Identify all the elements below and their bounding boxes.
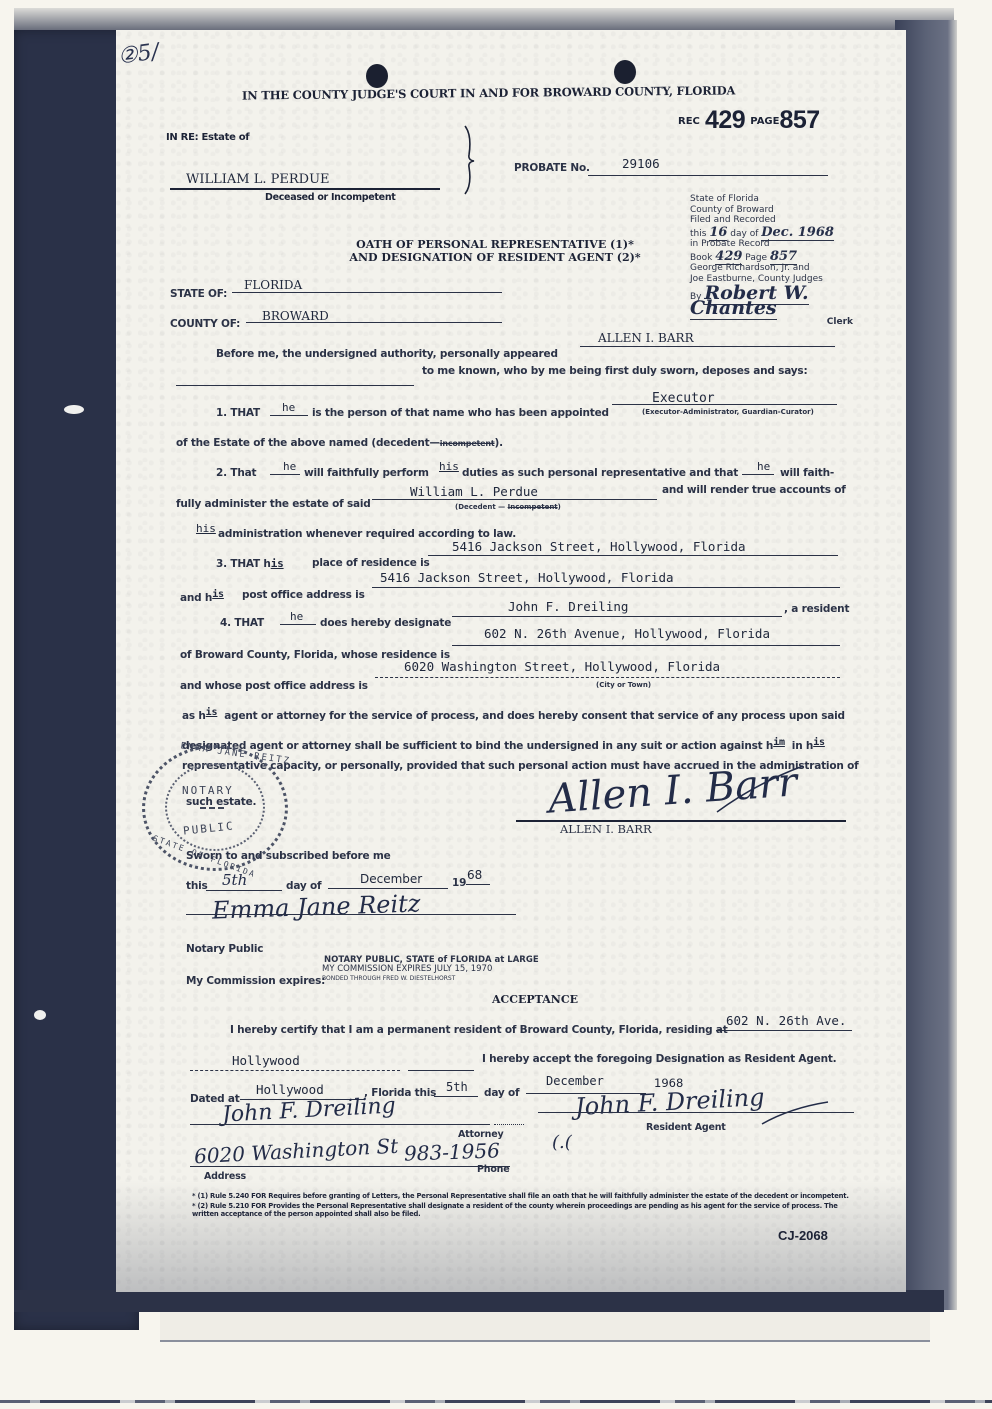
filing-month-year: Dec. 1968 bbox=[761, 225, 834, 241]
punch-hole-icon bbox=[366, 64, 388, 88]
appearance-text: Before me, the undersigned authority, pe… bbox=[216, 348, 558, 360]
punch-hole-icon bbox=[614, 60, 636, 84]
clause3-line2-pronoun: is bbox=[212, 589, 224, 600]
signature-flourish-icon bbox=[715, 764, 805, 814]
clause4-line5-pronoun: im bbox=[773, 737, 785, 748]
acceptance-city-line bbox=[190, 1070, 400, 1071]
clause2-text-b: duties as such personal representative a… bbox=[462, 467, 738, 479]
clause4-line3: and whose post office address is bbox=[180, 680, 368, 692]
clause3-line2-text: post office address is bbox=[242, 589, 365, 601]
jurat-day: 5th bbox=[222, 871, 247, 889]
clause2-pronoun-line bbox=[270, 474, 300, 475]
jurat-line1: Sworn to and subscribed before me bbox=[186, 850, 391, 862]
notary-stamp-line2: MY COMMISSION EXPIRES JULY 15, 1970 bbox=[322, 965, 539, 974]
residence-address: 5416 Jackson Street, Hollywood, Florida bbox=[452, 539, 746, 554]
attorney-signature-line bbox=[190, 1124, 490, 1125]
post-office-line bbox=[372, 587, 840, 588]
clause4-line5-b: in h bbox=[792, 740, 813, 752]
jurat-this-label: this bbox=[186, 880, 208, 892]
clause2-possessive: his bbox=[439, 460, 459, 473]
jurat-day-of-label: day of bbox=[286, 880, 321, 892]
clause4-prefix: 4. THAT bbox=[220, 617, 264, 629]
county-of-label: COUNTY OF: bbox=[170, 318, 240, 330]
decedent-name: William L. Perdue bbox=[410, 484, 538, 499]
estate-caption: Deceased or Incompetent bbox=[265, 192, 396, 203]
clause3-prefix-text: 3. THAT h bbox=[216, 558, 271, 570]
heading-line-1: OATH OF PERSONAL REPRESENTATIVE (1)* bbox=[330, 238, 660, 251]
acceptance-text1: I hereby certify that I am a permanent r… bbox=[230, 1024, 728, 1036]
state-of-label: STATE OF: bbox=[170, 288, 227, 300]
brace-icon bbox=[462, 125, 478, 195]
resident-label: , a resident bbox=[784, 603, 849, 615]
filing-stamp: State of Florida County of Broward Filed… bbox=[690, 194, 875, 328]
jurat-year: 68 bbox=[467, 868, 482, 882]
clause3-line2-text: and h bbox=[180, 592, 212, 604]
form-code: CJ-2068 bbox=[778, 1228, 828, 1243]
clause2-pronoun2-line bbox=[742, 474, 774, 475]
acceptance-day: 5th bbox=[446, 1080, 468, 1094]
clause4-line5-a: designated agent or attorney shall be su… bbox=[182, 740, 773, 752]
handwritten-phone: 983-1956 bbox=[404, 1138, 501, 1165]
jurat-month-line bbox=[328, 888, 448, 889]
record-book-number: 429 bbox=[705, 106, 745, 134]
clause1-text: is the person of that name who has been … bbox=[312, 407, 609, 419]
record-book-stamp: REC 429 PAGE857 bbox=[678, 106, 820, 135]
seal-divider bbox=[200, 807, 224, 809]
designated-agent: John F. Dreiling bbox=[508, 599, 628, 614]
resident-agent-label: Resident Agent bbox=[646, 1122, 726, 1133]
state-of-line bbox=[232, 292, 502, 293]
footnote-1: * (1) Rule 5.240 FOR Requires before gra… bbox=[192, 1192, 857, 1201]
decedent-caption: (Decedent — Incompetent) bbox=[455, 503, 561, 511]
filing-officials: George Richardson, Jr. and bbox=[690, 263, 875, 274]
role-caption: (Executor-Administrator, Guardian-Curato… bbox=[642, 408, 814, 416]
attorney-dots bbox=[494, 1124, 524, 1125]
filing-book-label: Book bbox=[690, 253, 712, 263]
scan-bottom-line bbox=[0, 1400, 992, 1403]
acceptance-city: Hollywood bbox=[232, 1053, 300, 1068]
filing-stamp-line: Filed and Recorded bbox=[690, 215, 875, 226]
clause2-text-c: will faith- bbox=[780, 467, 834, 479]
clause4-line4: as his agent or attorney for the service… bbox=[182, 707, 845, 722]
clause2-line2-prefix: fully administer the estate of said bbox=[176, 498, 371, 510]
city-caption: (City or Town) bbox=[596, 681, 651, 689]
state-of-value: FLORIDA bbox=[244, 278, 302, 292]
clerk-signature: Robert W. Chantes bbox=[690, 282, 809, 320]
clause3-text: place of residence is bbox=[312, 557, 430, 569]
clause1-pronoun-line bbox=[270, 415, 308, 416]
clause4-line4-a: as h bbox=[182, 710, 206, 722]
clause2-line3-possessive: his bbox=[196, 522, 216, 535]
clause2-line2-suffix: and will render true accounts of bbox=[662, 484, 846, 496]
appearance-continuation: to me known, who by me being first duly … bbox=[422, 365, 807, 377]
appeared-person: ALLEN I. BARR bbox=[598, 331, 694, 345]
county-of-value: BROWARD bbox=[262, 309, 329, 323]
filing-record-label: in Probate Record bbox=[690, 239, 875, 250]
filing-this-label: this bbox=[690, 229, 706, 239]
phone-label: Phone bbox=[477, 1164, 509, 1175]
address-label: Address bbox=[204, 1171, 246, 1182]
scan-speck bbox=[34, 1010, 46, 1020]
resident-agent-signature-line bbox=[538, 1112, 854, 1113]
acceptance-title: ACCEPTANCE bbox=[460, 993, 610, 1006]
handwritten-mark: (.( bbox=[552, 1132, 572, 1153]
agent-post-office-line bbox=[375, 677, 840, 678]
clause4-pronoun: he bbox=[290, 610, 303, 623]
clause4-line5-pronoun2: is bbox=[813, 737, 825, 748]
clause1-line2: of the Estate of the above named (decede… bbox=[176, 437, 503, 449]
heading-line-2: AND DESIGNATION OF RESIDENT AGENT (2)* bbox=[330, 251, 660, 264]
clause2-text-a: will faithfully perform bbox=[304, 467, 429, 479]
clause4-line4-pronoun: is bbox=[206, 707, 218, 718]
decedent-caption-text: (Decedent — bbox=[455, 503, 505, 511]
record-page-number: 857 bbox=[779, 106, 819, 134]
decedent-caption-struck: Incompetent bbox=[508, 503, 558, 511]
dated-place: Hollywood bbox=[256, 1082, 324, 1097]
in-re-label: IN RE: Estate of bbox=[166, 132, 249, 143]
role-line bbox=[612, 404, 837, 405]
clause1-line2-end: ). bbox=[495, 437, 503, 449]
clause4-line4-b: agent or attorney for the service of pro… bbox=[224, 710, 845, 722]
clause2-pronoun2: he bbox=[757, 460, 770, 473]
acceptance-month: December bbox=[546, 1074, 604, 1088]
estate-name: WILLIAM L. PERDUE bbox=[186, 172, 330, 187]
agent-residence-line bbox=[452, 645, 840, 646]
footnotes: * (1) Rule 5.240 FOR Requires before gra… bbox=[192, 1192, 857, 1219]
document-heading: OATH OF PERSONAL REPRESENTATIVE (1)* AND… bbox=[330, 238, 660, 264]
probate-label: PROBATE No. bbox=[514, 162, 590, 174]
acceptance-day-of-label: day of bbox=[484, 1087, 519, 1099]
filing-stamp-line: State of Florida bbox=[690, 194, 875, 205]
jurat-month: December bbox=[360, 872, 422, 886]
clause4-text: does hereby designate bbox=[320, 617, 451, 629]
clause3-pronoun: is bbox=[271, 557, 284, 570]
estate-name-line bbox=[170, 188, 440, 190]
clause2-pronoun: he bbox=[283, 460, 296, 473]
seal-center-top: NOTARY bbox=[182, 784, 234, 797]
probate-line bbox=[588, 175, 828, 176]
jurat-year-prefix: 19 bbox=[452, 877, 466, 889]
filing-page-label: Page bbox=[745, 253, 767, 263]
acceptance-address: 602 N. 26th Ave. bbox=[726, 1013, 846, 1028]
clause4-pronoun-line bbox=[280, 624, 316, 625]
acceptance-text2: I hereby accept the foregoing Designatio… bbox=[482, 1053, 836, 1065]
scan-strip bbox=[160, 1312, 930, 1342]
known-line bbox=[176, 385, 414, 386]
acceptance-extra-line bbox=[408, 1070, 474, 1071]
notary-stamp-line3: BONDED THROUGH FRED W. DIESTELHORST bbox=[322, 974, 539, 983]
clause2-prefix: 2. That bbox=[216, 467, 256, 479]
scan-edge-bottom bbox=[14, 1290, 944, 1312]
clause1-line2-text: of the Estate of the above named (decede… bbox=[176, 437, 440, 449]
county-of-line bbox=[246, 322, 502, 323]
post-office-address: 5416 Jackson Street, Hollywood, Florida bbox=[380, 570, 674, 585]
record-page-prefix: PAGE bbox=[750, 117, 779, 126]
appearance-line bbox=[580, 346, 835, 347]
signature-flourish-icon bbox=[760, 1096, 830, 1126]
commission-label: My Commission expires: bbox=[186, 975, 325, 987]
designated-agent-line bbox=[452, 616, 782, 617]
struck-incompetent: incompetent bbox=[440, 439, 495, 448]
acceptance-address-line bbox=[716, 1030, 852, 1031]
agent-post-office: 6020 Washington Street, Hollywood, Flori… bbox=[404, 659, 720, 674]
notary-stamp: NOTARY PUBLIC, STATE of FLORIDA at LARGE… bbox=[322, 956, 539, 983]
filing-stamp-line: County of Broward bbox=[690, 205, 875, 216]
scan-speck bbox=[64, 405, 84, 414]
clause4-line5: designated agent or attorney shall be su… bbox=[182, 737, 825, 752]
probate-number: 29106 bbox=[622, 156, 660, 171]
acceptance-day-line bbox=[434, 1096, 478, 1097]
notary-public-label: Notary Public bbox=[186, 943, 263, 955]
record-book-prefix: REC bbox=[678, 117, 700, 126]
notary-signature-line bbox=[186, 914, 516, 915]
jurat-day-line bbox=[206, 890, 282, 891]
clause3-prefix: 3. THAT his bbox=[216, 557, 284, 570]
footnote-2: * (2) Rule 5.210 FOR Provides the Person… bbox=[192, 1202, 857, 1219]
clause1-pronoun: he bbox=[282, 401, 295, 414]
clause3-line2-prefix: and his bbox=[180, 589, 224, 604]
decedent-line bbox=[372, 499, 657, 500]
jurat-year-line bbox=[466, 884, 490, 885]
address-phone-line bbox=[190, 1166, 510, 1167]
residence-line bbox=[428, 555, 838, 556]
agent-residence: 602 N. 26th Avenue, Hollywood, Florida bbox=[484, 626, 770, 641]
clause1-prefix: 1. THAT bbox=[216, 407, 260, 419]
filing-day-of-label: day of bbox=[730, 229, 758, 239]
affiant-printed-name: ALLEN I. BARR bbox=[560, 822, 652, 836]
